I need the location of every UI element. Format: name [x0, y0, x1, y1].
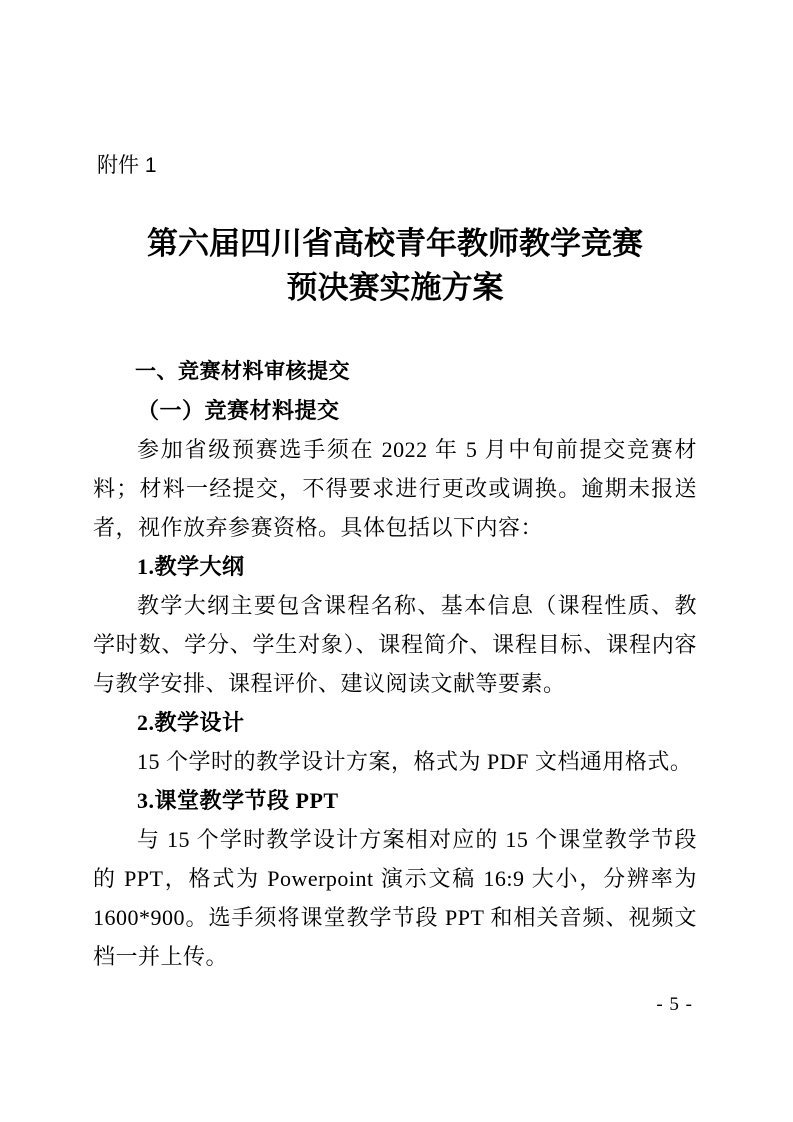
attachment-label: 附件 1	[97, 152, 157, 180]
item-1-paragraph: 教学大纲主要包含课程名称、基本信息（课程性质、教学时数、学分、学生对象）、课程简…	[93, 586, 697, 703]
item-3-heading: 3.课堂教学节段 PPT	[93, 781, 697, 820]
page-number: - 5 -	[656, 994, 693, 1016]
item-1-heading: 1.教学大纲	[93, 547, 697, 586]
paragraph-materials-submission: 参加省级预赛选手须在 2022 年 5 月中旬前提交竞赛材料；材料一经提交，不得…	[93, 430, 697, 547]
document-page: 附件 1 第六届四川省高校青年教师教学竞赛 预决赛实施方案 一、竞赛材料审核提交…	[0, 0, 793, 1122]
document-title-line-1: 第六届四川省高校青年教师教学竞赛	[93, 222, 697, 266]
document-title-line-2: 预决赛实施方案	[93, 266, 697, 310]
document-title: 第六届四川省高校青年教师教学竞赛 预决赛实施方案	[93, 222, 697, 310]
item-3-paragraph: 与 15 个学时教学设计方案相对应的 15 个课堂教学节段的 PPT，格式为 P…	[93, 820, 697, 976]
item-2-paragraph: 15 个学时的教学设计方案，格式为 PDF 文档通用格式。	[93, 742, 697, 781]
subsection-1-heading: （一）竞赛材料提交	[93, 391, 697, 430]
item-2-heading: 2.教学设计	[93, 703, 697, 742]
section-1-heading: 一、竞赛材料审核提交	[93, 352, 697, 391]
